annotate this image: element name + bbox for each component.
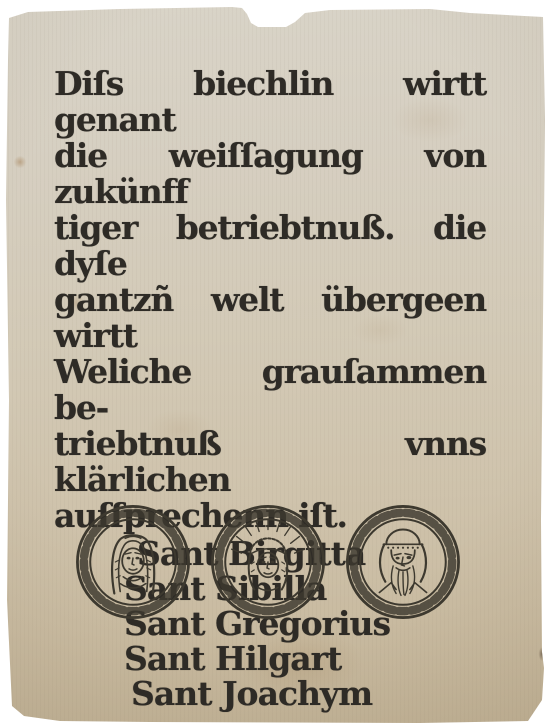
text-line: Weliche grauſammen be-: [54, 354, 486, 426]
veiled-woman-medallion-icon: [74, 503, 192, 621]
paper-sheet: Diſs biechlin wirtt genant die weiſſagun…: [0, 0, 550, 727]
text-line: Diſs biechlin wirtt genant: [54, 66, 486, 138]
page-scan: Diſs biechlin wirtt genant die weiſſagun…: [0, 0, 550, 727]
saint-name: Sant Hilgart: [124, 641, 486, 676]
bearded-man-medallion-icon: [344, 503, 462, 621]
radiant-woman-medallion-icon: [209, 503, 327, 621]
text-line: die weiſſagung von zukünff: [54, 138, 486, 210]
medallions-row: [74, 503, 462, 621]
saint-name: Sant Joachym: [131, 676, 486, 711]
text-line: tiger betriebtnuß. die dyſe: [54, 210, 486, 282]
text-line: gantzñ welt übergeen wirtt: [54, 282, 486, 354]
text-line: triebtnuß vnns klärlichen: [54, 426, 486, 498]
